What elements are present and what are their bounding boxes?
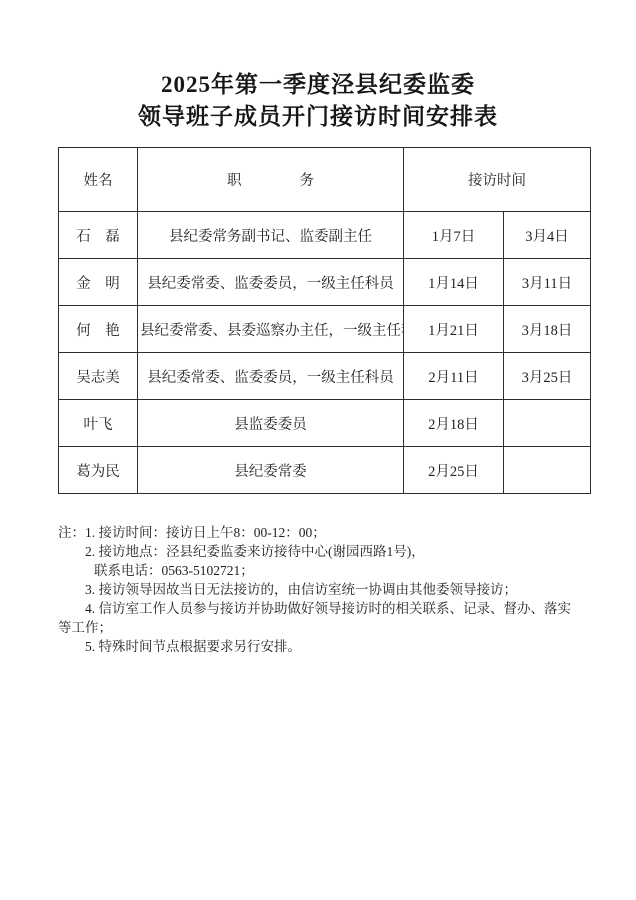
table-header-row: 姓名 职 务 接访时间 <box>59 148 591 212</box>
document-title-line1: 2025年第一季度泾县纪委监委 <box>0 69 636 101</box>
cell-position: 县纪委常委、县委巡察办主任，一级主任科员 <box>138 306 404 353</box>
cell-date2: 3月18日 <box>504 306 591 353</box>
cell-name: 石 磊 <box>59 212 138 259</box>
table-row: 何 艳 县纪委常委、县委巡察办主任，一级主任科员 1月21日 3月18日 <box>59 306 591 353</box>
column-header-visit-time: 接访时间 <box>404 148 591 212</box>
cell-date1: 2月25日 <box>404 447 504 494</box>
note-line-4: 4. 信访室工作人员参与接访并协助做好领导接访时的相关联系、记录、督办、落实 <box>58 599 592 618</box>
cell-date2: 3月11日 <box>504 259 591 306</box>
note-line-4-continuation: 等工作； <box>58 618 592 637</box>
column-header-position: 职 务 <box>138 148 404 212</box>
document-title: 2025年第一季度泾县纪委监委 领导班子成员开门接访时间安排表 <box>0 69 636 133</box>
note-line-1: 注：1. 接访时间：接访日上午8：00-12：00； <box>58 523 592 542</box>
cell-name: 何 艳 <box>59 306 138 353</box>
column-header-name: 姓名 <box>59 148 138 212</box>
table-row: 吴志美 县纪委常委、监委委员，一级主任科员 2月11日 3月25日 <box>59 353 591 400</box>
cell-date1: 2月11日 <box>404 353 504 400</box>
visit-schedule-table: 姓名 职 务 接访时间 石 磊 县纪委常务副书记、监委副主任 1月7日 3月4日… <box>58 147 591 494</box>
note-line-5: 5. 特殊时间节点根据要求另行安排。 <box>58 637 592 656</box>
cell-date1: 1月7日 <box>404 212 504 259</box>
table-row: 叶飞 县监委委员 2月18日 <box>59 400 591 447</box>
cell-date2 <box>504 400 591 447</box>
cell-date1: 1月14日 <box>404 259 504 306</box>
notes-section: 注：1. 接访时间：接访日上午8：00-12：00； 2. 接访地点：泾县纪委监… <box>58 523 592 656</box>
cell-position: 县纪委常委、监委委员，一级主任科员 <box>138 353 404 400</box>
cell-name: 吴志美 <box>59 353 138 400</box>
document-page: 2025年第一季度泾县纪委监委 领导班子成员开门接访时间安排表 姓名 职 务 接… <box>0 0 636 900</box>
cell-date2 <box>504 447 591 494</box>
cell-name: 叶飞 <box>59 400 138 447</box>
note-line-3: 3. 接访领导因故当日无法接访的，由信访室统一协调由其他委领导接访； <box>58 580 592 599</box>
note-line-2: 2. 接访地点：泾县纪委监委来访接待中心(谢园西路1号)， <box>58 542 592 561</box>
note-line-2-continuation: 联系电话：0563-5102721； <box>58 561 592 580</box>
table-row: 葛为民 县纪委常委 2月25日 <box>59 447 591 494</box>
cell-name: 金 明 <box>59 259 138 306</box>
cell-position: 县纪委常委 <box>138 447 404 494</box>
cell-position: 县监委委员 <box>138 400 404 447</box>
table-row: 金 明 县纪委常委、监委委员，一级主任科员 1月14日 3月11日 <box>59 259 591 306</box>
schedule-document: 2025年第一季度泾县纪委监委 领导班子成员开门接访时间安排表 姓名 职 务 接… <box>0 0 636 656</box>
cell-position: 县纪委常务副书记、监委副主任 <box>138 212 404 259</box>
document-title-line2: 领导班子成员开门接访时间安排表 <box>0 101 636 133</box>
cell-date1: 2月18日 <box>404 400 504 447</box>
table-row: 石 磊 县纪委常务副书记、监委副主任 1月7日 3月4日 <box>59 212 591 259</box>
cell-name: 葛为民 <box>59 447 138 494</box>
cell-date2: 3月25日 <box>504 353 591 400</box>
cell-date1: 1月21日 <box>404 306 504 353</box>
cell-position: 县纪委常委、监委委员，一级主任科员 <box>138 259 404 306</box>
cell-date2: 3月4日 <box>504 212 591 259</box>
